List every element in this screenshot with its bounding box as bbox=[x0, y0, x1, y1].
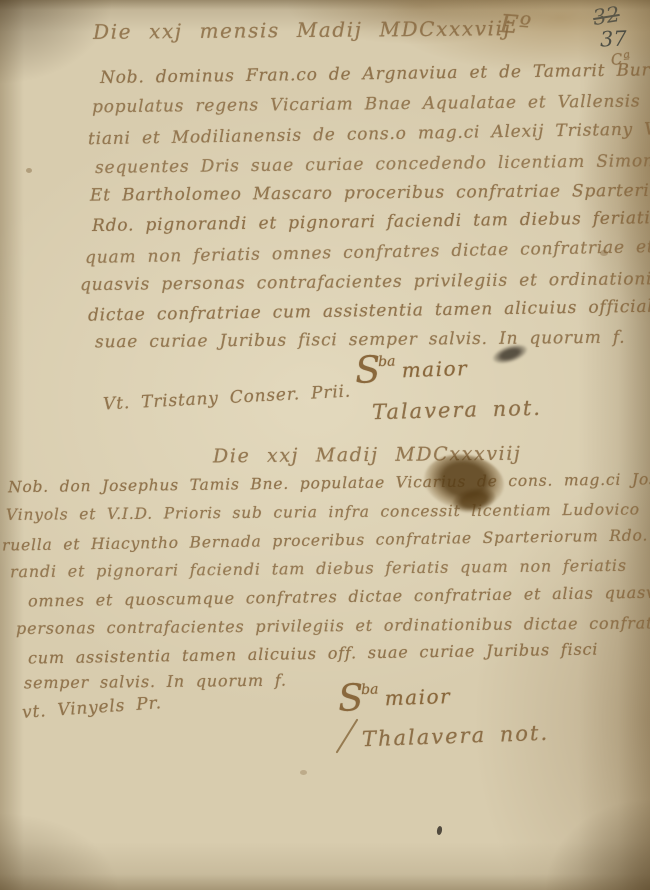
signature-word: maior bbox=[384, 684, 451, 710]
entry1-notary-signature: Talavera not. bbox=[372, 398, 542, 423]
manuscript-line: tiani et Modilianensis de cons.o mag.ci … bbox=[88, 121, 650, 149]
manuscript-line: Et Bartholomeo Mascaro proceribus confra… bbox=[90, 182, 650, 204]
signature-word: maior bbox=[401, 356, 468, 382]
entry2-witness-signature: vt. Vinyels Pr. bbox=[22, 695, 163, 722]
entry2-scriba-signature: Sbamaior bbox=[337, 676, 447, 717]
fox-spot bbox=[300, 770, 307, 775]
entry1-scriba-signature: Sbamaior bbox=[354, 348, 464, 389]
manuscript-page: 32 37 Cª Die xxj mensis Madij MDCxxxviij… bbox=[0, 0, 650, 890]
pen-flourish bbox=[336, 719, 359, 754]
folio-number-crossed: 32 bbox=[592, 4, 622, 29]
manuscript-line: Nob. don Josephus Tamis Bne. populatae V… bbox=[8, 472, 650, 496]
folio-number: 37 bbox=[600, 29, 627, 51]
manuscript-line: Vinyols et V.I.D. Prioris sub curia infr… bbox=[6, 502, 650, 523]
entry2-notary-signature: Thalavera not. bbox=[362, 723, 550, 751]
manuscript-line: quasvis personas contrafacientes privile… bbox=[80, 271, 650, 294]
manuscript-line: quam non feriatis omnes confratres dicta… bbox=[85, 238, 650, 267]
manuscript-line: Nob. dominus Fran.co de Argnaviua et de … bbox=[100, 62, 650, 87]
entry1-witness-signature: Vt. Tristany Conser. Prii. bbox=[103, 384, 352, 414]
entry1-date-heading: Die xxj mensis Madij MDCxxxviij bbox=[93, 18, 512, 42]
manuscript-line: cum assistentia tamen alicuius off. suae… bbox=[28, 642, 598, 667]
fox-spot bbox=[26, 168, 32, 173]
manuscript-line: personas contrafacientes privilegiis et … bbox=[16, 615, 650, 637]
pen-flourish: Eº bbox=[499, 11, 532, 38]
signature-superscript: ba bbox=[378, 353, 396, 370]
manuscript-line: omnes et quoscumque confratres dictae co… bbox=[28, 585, 650, 610]
ink-speck bbox=[436, 826, 442, 836]
manuscript-line: randi et pignorari faciendi tam diebus f… bbox=[10, 558, 627, 580]
manuscript-line: Rdo. pignorandi et pignorari faciendi ta… bbox=[92, 210, 650, 235]
manuscript-line: semper salvis. In quorum f. bbox=[24, 673, 287, 692]
fox-spot bbox=[600, 250, 608, 256]
signature-superscript: ba bbox=[361, 681, 379, 698]
manuscript-line: populatus regens Vicariam Bnae Aqualatae… bbox=[92, 93, 650, 116]
manuscript-line: sequentes Dris suae curiae concedendo li… bbox=[95, 152, 650, 177]
manuscript-line: ruella et Hiacyntho Bernada proceribus c… bbox=[2, 527, 650, 554]
manuscript-line: dictae confratriae cum assistentia tamen… bbox=[88, 298, 650, 324]
